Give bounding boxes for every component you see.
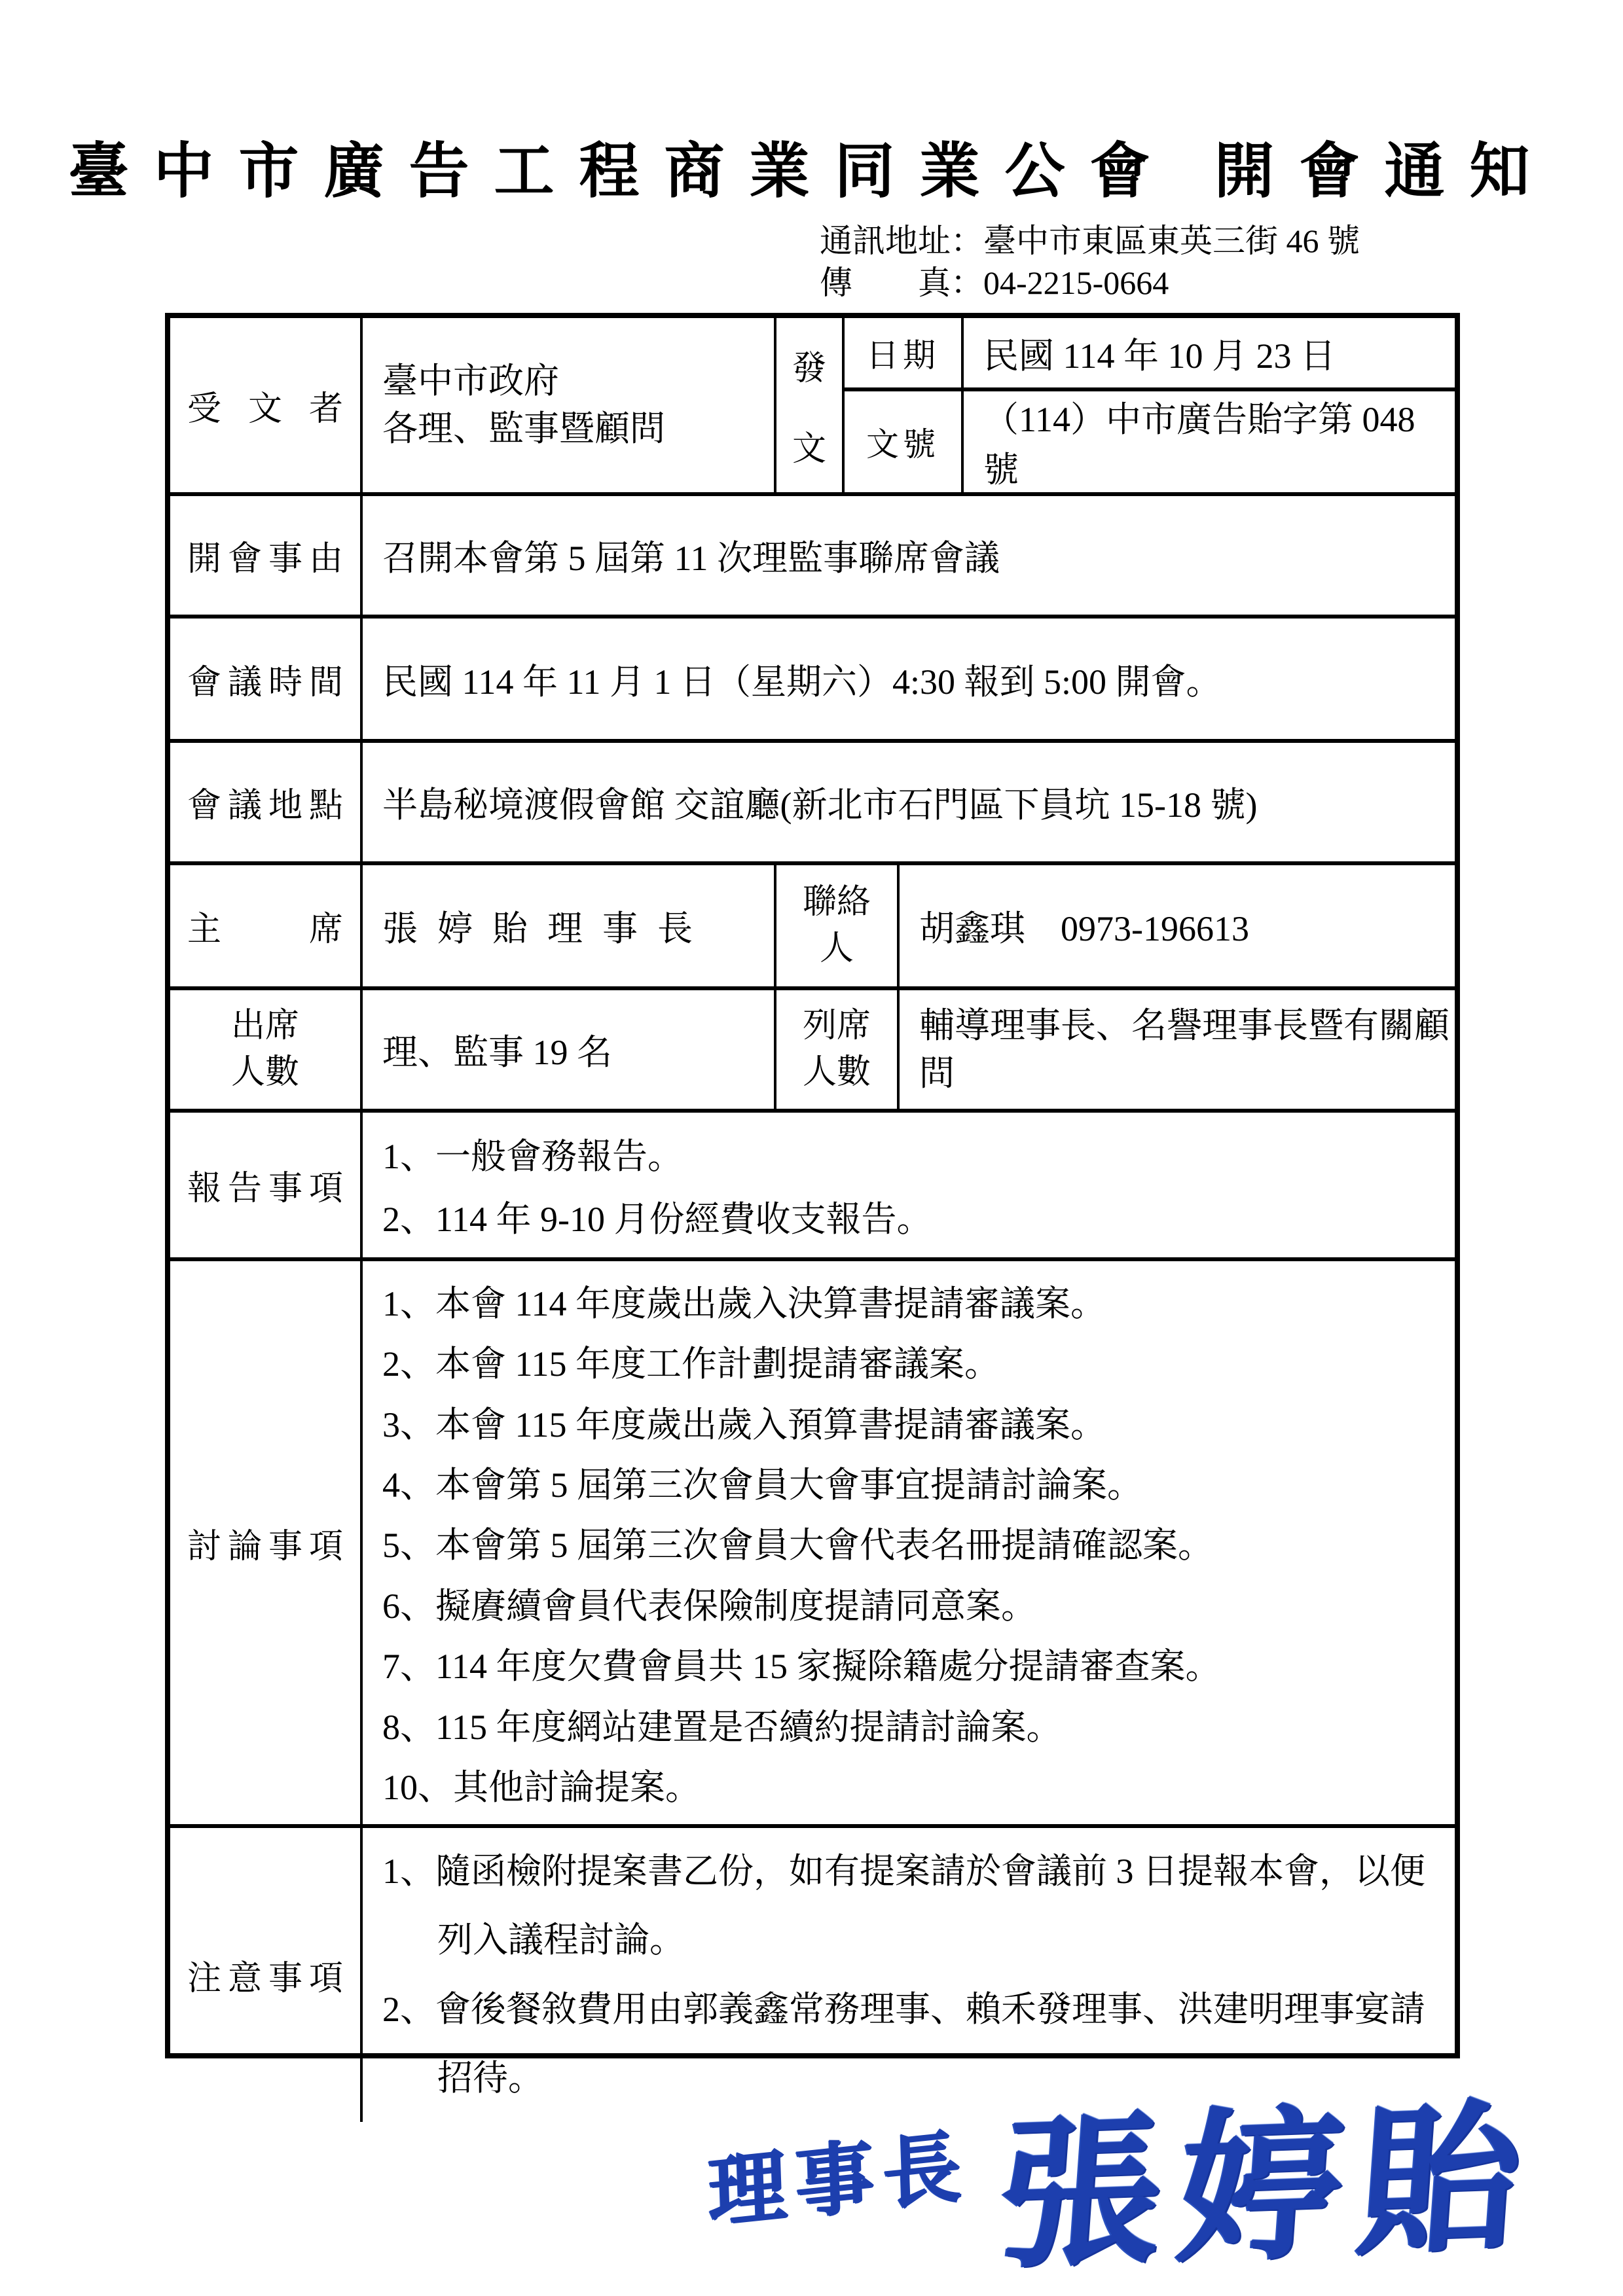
reports-value-cell: 1、一般會務報告。 2、114 年 9-10 月份經費收支報告。 xyxy=(363,1113,1455,1257)
discussion-item: 7、114 年度欠費會員共 15 家擬除籍處分提請審查案。 xyxy=(382,1638,1442,1689)
discussion-item: 2、本會 115 年度工作計劃提請審議案。 xyxy=(382,1336,1442,1386)
discussion-item: 1、本會 114 年度歲出歲入決算書提請審議案。 xyxy=(382,1276,1442,1326)
contact-block: 通訊地址：臺中市東區東英三街 46 號 傳 真：04-2215-0664 xyxy=(820,220,1360,304)
issue-label-bottom: 文 xyxy=(792,421,826,470)
attendees-label-cell: 出席 人數 xyxy=(170,990,363,1109)
recipient-line2: 各理、監事暨顧問 xyxy=(382,405,665,453)
row-chair: 主席 張婷貽理事長 聯絡 人 胡鑫琪 0973-196613 xyxy=(170,865,1455,990)
row-discussions: 討論事項 1、本會 114 年度歲出歲入決算書提請審議案。 2、本會 115 年… xyxy=(170,1261,1455,1828)
discussions-label: 討論事項 xyxy=(187,1518,343,1568)
reports-label-cell: 報告事項 xyxy=(170,1113,363,1257)
discussions-label-cell: 討論事項 xyxy=(170,1261,363,1824)
reports-list: 1、一般會務報告。 2、114 年 9-10 月份經費收支報告。 xyxy=(363,1113,1455,1257)
chair-value: 張婷貽理事長 xyxy=(363,865,776,986)
fax-value: 04-2215-0664 xyxy=(983,264,1169,301)
row-attendees: 出席 人數 理、監事 19 名 列席 人數 輔導理事長、名譽理事長暨有關顧問 xyxy=(170,990,1455,1113)
discussions-value-cell: 1、本會 114 年度歲出歲入決算書提請審議案。 2、本會 115 年度工作計劃… xyxy=(363,1261,1455,1824)
location-value: 半島秘境渡假會館 交誼廳(新北市石門區下員坑 15-18 號) xyxy=(363,743,1455,861)
issue-label-cell: 發 文 xyxy=(776,318,845,492)
discussion-item: 10、其他討論提案。 xyxy=(382,1759,1442,1810)
address-value: 臺中市東區東英三街 46 號 xyxy=(983,223,1360,259)
time-label-cell: 會議時間 xyxy=(170,619,363,739)
association-name: 臺中市廣告工程商業同業公會 xyxy=(68,138,1175,205)
row-reports: 報告事項 1、一般會務報告。 2、114 年 9-10 月份經費收支報告。 xyxy=(170,1113,1455,1261)
report-item: 2、114 年 9-10 月份經費收支報告。 xyxy=(382,1191,1442,1242)
time-label: 會議時間 xyxy=(187,655,343,704)
contact-label-line2: 人 xyxy=(820,926,854,972)
report-item: 1、一般會務報告。 xyxy=(382,1128,1442,1179)
attendees-value: 理、監事 19 名 xyxy=(363,990,776,1109)
observers-label-line1: 列席 xyxy=(803,1003,871,1049)
subject-label-cell: 開會事由 xyxy=(170,496,363,615)
contact-label-cell: 聯絡 人 xyxy=(776,865,900,986)
row-subject: 開會事由 召開本會第 5 屆第 11 次理監事聯席會議 xyxy=(170,496,1455,619)
document-page: 臺中市廣告工程商業同業公會開會通知 通訊地址：臺中市東區東英三街 46 號 傳 … xyxy=(0,0,1623,2296)
discussions-list: 1、本會 114 年度歲出歲入決算書提請審議案。 2、本會 115 年度工作計劃… xyxy=(363,1261,1455,1824)
contact-value: 胡鑫琪 0973-196613 xyxy=(900,865,1455,986)
discussion-item: 3、本會 115 年度歲出歲入預算書提請審議案。 xyxy=(382,1397,1442,1447)
row-recipient: 受文者 臺中市政府 各理、監事暨顧問 發 文 日期 民國 114 年 10 月 … xyxy=(170,318,1455,496)
issue-details: 日期 民國 114 年 10 月 23 日 文號 （114）中市廣告貽字第 04… xyxy=(845,318,1455,492)
discussion-item: 8、115 年度網站建置是否續約提請討論案。 xyxy=(382,1699,1442,1749)
chair-label: 主席 xyxy=(187,901,343,950)
doc-number-row: 文號 （114）中市廣告貽字第 048 號 xyxy=(845,391,1455,492)
notice-table: 受文者 臺中市政府 各理、監事暨顧問 發 文 日期 民國 114 年 10 月 … xyxy=(165,313,1460,2058)
observers-label-cell: 列席 人數 xyxy=(776,990,900,1109)
issue-date-value: 民國 114 年 10 月 23 日 xyxy=(964,318,1455,387)
recipient-label-cell: 受文者 xyxy=(170,318,363,492)
discussion-item: 4、本會第 5 屆第三次會員大會事宜提請討論案。 xyxy=(382,1457,1442,1507)
row-time: 會議時間 民國 114 年 11 月 1 日（星期六）4:30 報到 5:00 … xyxy=(170,619,1455,743)
signature-title: 理事長 xyxy=(706,2103,972,2243)
notice-type: 開會通知 xyxy=(1214,138,1555,205)
notes-label-cell: 注意事項 xyxy=(170,1828,363,2122)
notes-label: 注意事項 xyxy=(187,1950,343,2000)
subject-label: 開會事由 xyxy=(187,531,343,580)
subject-value: 召開本會第 5 屆第 11 次理監事聯席會議 xyxy=(363,496,1455,615)
attendees-label-line1: 出席 xyxy=(231,1003,299,1049)
row-location: 會議地點 半島秘境渡假會館 交誼廳(新北市石門區下員坑 15-18 號) xyxy=(170,743,1455,865)
recipient-line1: 臺中市政府 xyxy=(382,357,559,405)
doc-number-label: 文號 xyxy=(845,391,964,492)
observers-label-line2: 人數 xyxy=(803,1050,871,1096)
doc-number-value: （114）中市廣告貽字第 048 號 xyxy=(964,391,1455,492)
fax-label: 傳 真： xyxy=(820,264,983,301)
address-label: 通訊地址： xyxy=(820,223,983,259)
note-item: 1、隨函檢附提案書乙份，如有提案請於會議前 3 日提報本會，以便列入議程討論。 xyxy=(382,1837,1442,1975)
issue-date-label: 日期 xyxy=(845,318,964,387)
observers-value: 輔導理事長、名譽理事長暨有關顧問 xyxy=(900,990,1455,1109)
attendees-label-line2: 人數 xyxy=(231,1050,299,1096)
mailing-address-line: 通訊地址：臺中市東區東英三街 46 號 xyxy=(820,220,1360,262)
issue-label-top: 發 xyxy=(792,340,826,389)
discussion-item: 5、本會第 5 屆第三次會員大會代表名冊提請確認案。 xyxy=(382,1517,1442,1568)
recipient-value-cell: 臺中市政府 各理、監事暨顧問 xyxy=(363,318,776,492)
signature-name: 張婷貽 xyxy=(993,2047,1546,2296)
signature-block: 理事長 張婷貽 xyxy=(707,2062,1532,2284)
recipient-label: 受文者 xyxy=(187,381,343,430)
fax-line: 傳 真：04-2215-0664 xyxy=(820,262,1360,304)
chair-label-cell: 主席 xyxy=(170,865,363,986)
time-value: 民國 114 年 11 月 1 日（星期六）4:30 報到 5:00 開會。 xyxy=(363,619,1455,739)
discussion-item: 6、擬賡續會員代表保險制度提請同意案。 xyxy=(382,1578,1442,1628)
location-label: 會議地點 xyxy=(187,778,343,827)
issue-date-row: 日期 民國 114 年 10 月 23 日 xyxy=(845,318,1455,391)
reports-label: 報告事項 xyxy=(187,1160,343,1210)
location-label-cell: 會議地點 xyxy=(170,743,363,861)
page-title: 臺中市廣告工程商業同業公會開會通知 xyxy=(0,123,1623,209)
contact-label-line1: 聯絡 xyxy=(793,880,880,925)
